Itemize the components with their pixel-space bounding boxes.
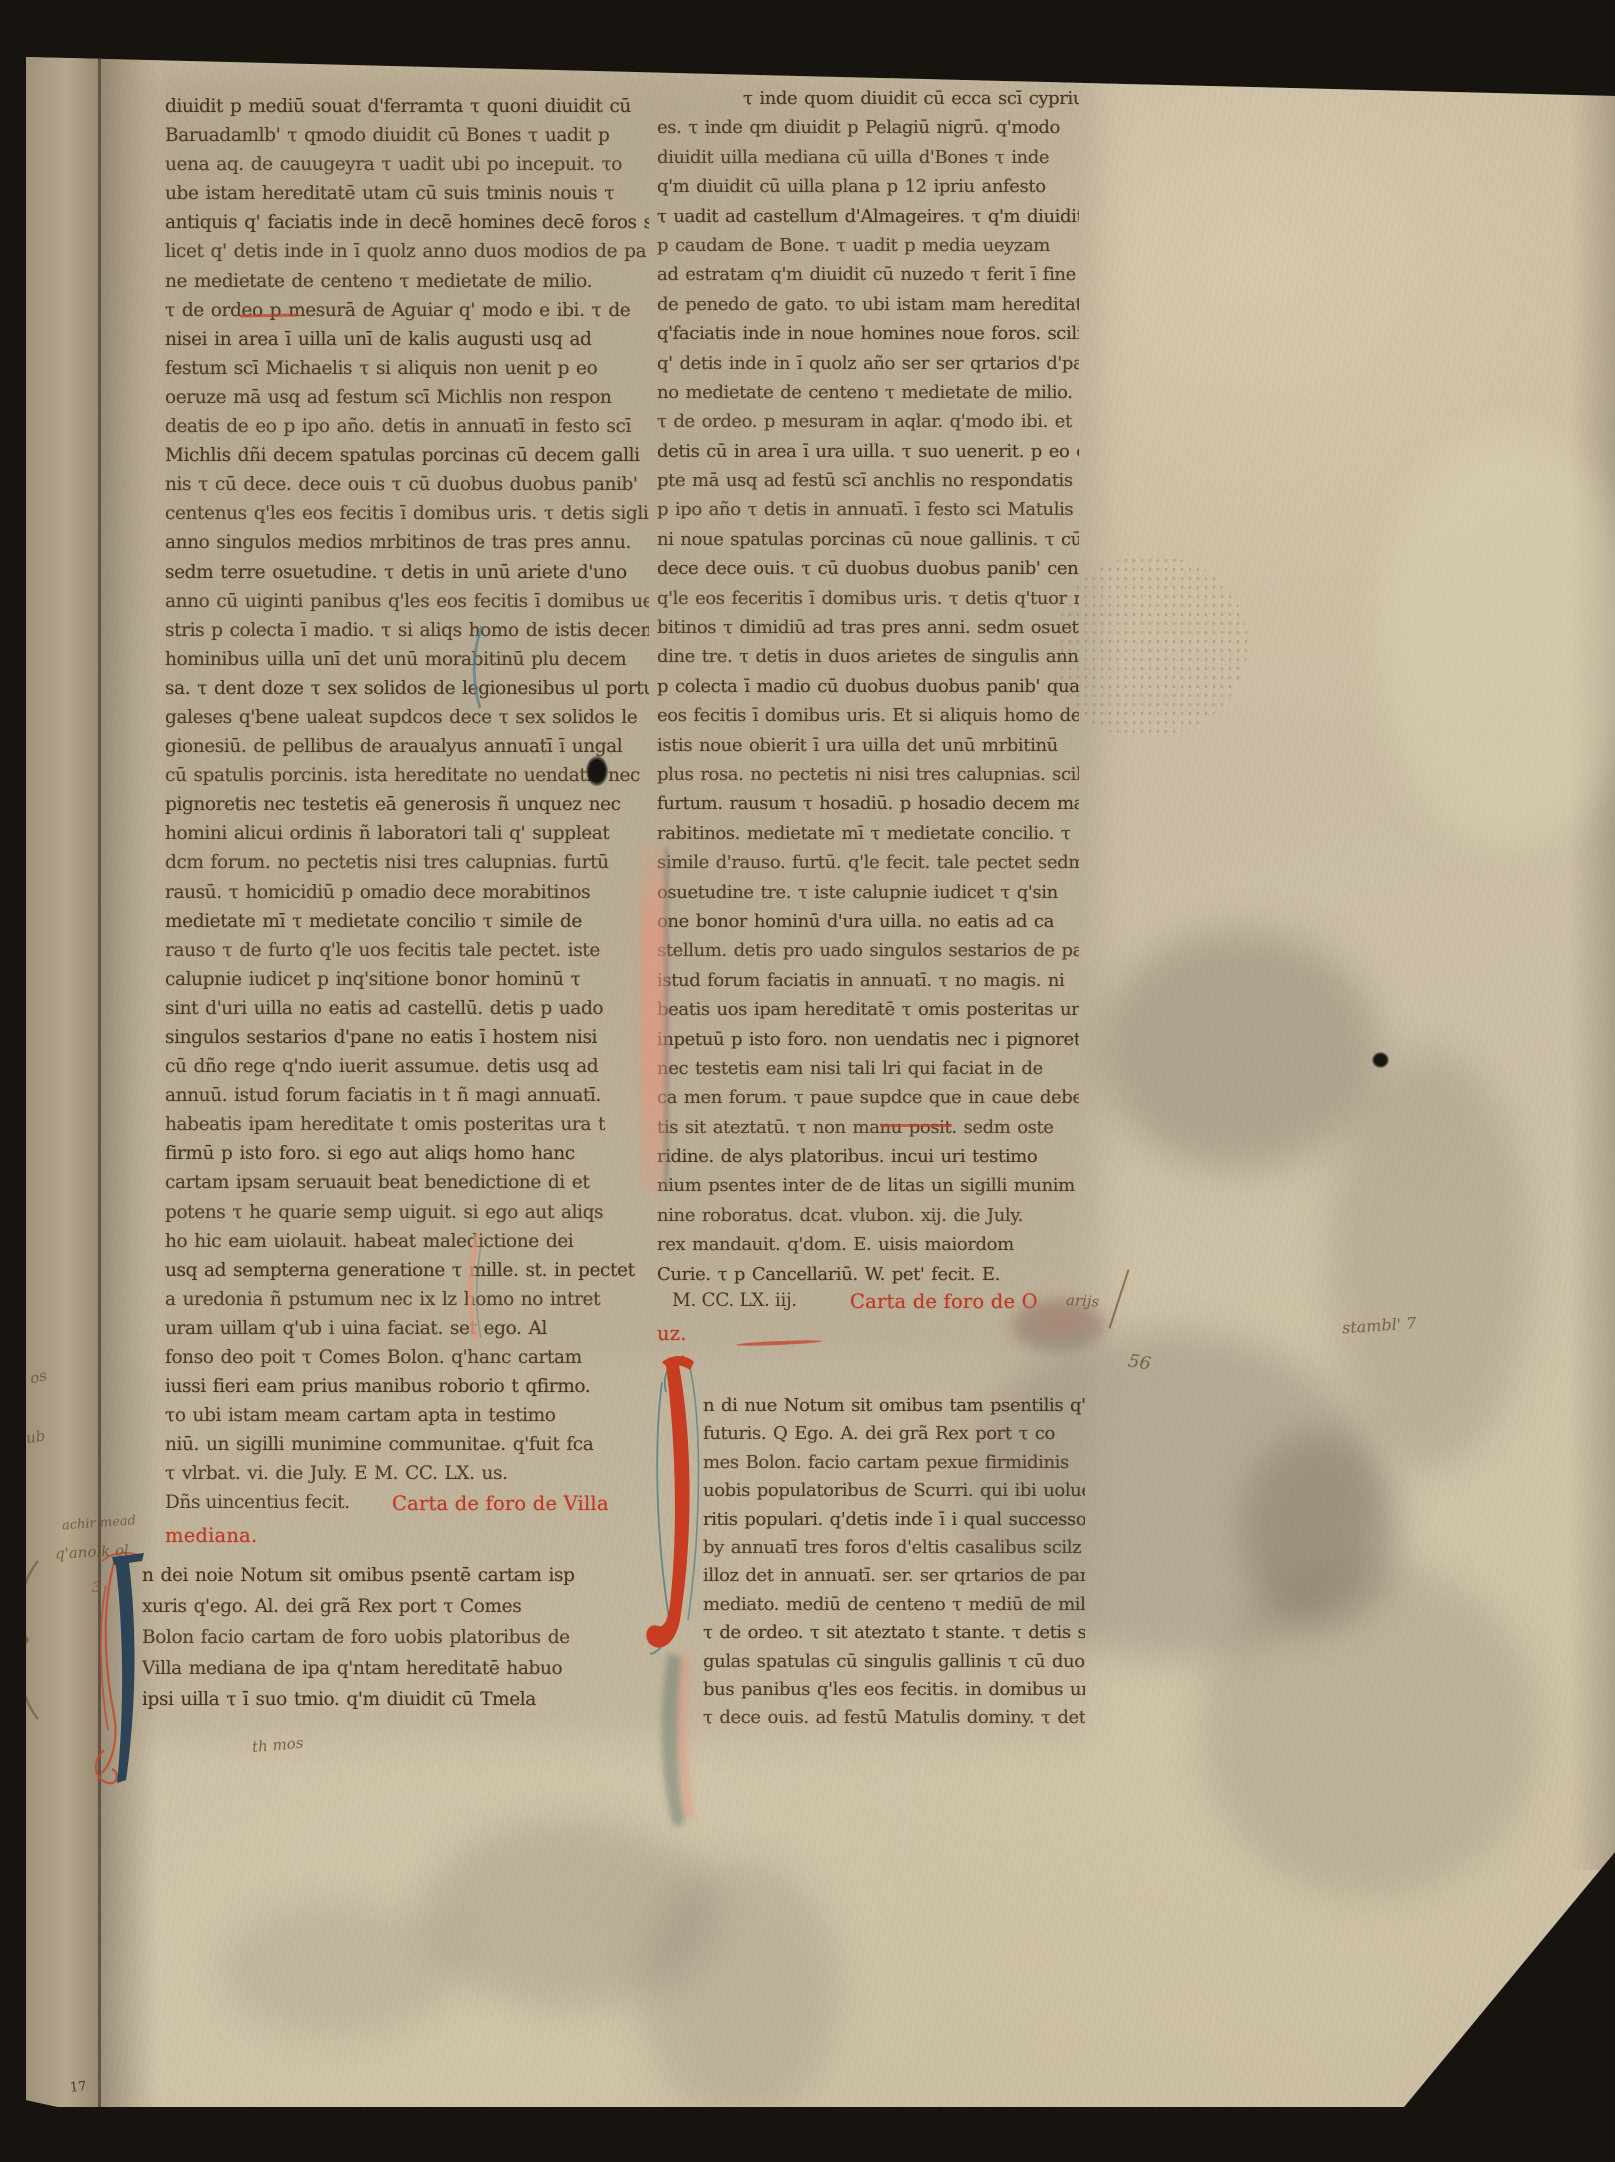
salmon-flourish	[456, 1228, 490, 1348]
text-line: istis noue obierit ī ura uilla det unū m…	[657, 731, 1079, 760]
text-line: n dei noie Notum sit omibus psentē carta…	[142, 1560, 647, 1591]
text-line: hominibus uilla unī det unū morabitinū p…	[165, 645, 649, 674]
stain	[1240, 1430, 1400, 1630]
text-line: festum scī Michaelis τ si aliquis non ue…	[165, 354, 649, 383]
text-line: osuetudine tre. τ iste calupnie iudicet …	[657, 878, 1079, 907]
text-line: anno singulos medios mrbitinos de tras p…	[165, 528, 649, 557]
text-line: gionesiū. de pellibus de araualyus annua…	[165, 732, 649, 761]
right-rubric-line2: uz.	[657, 1322, 687, 1345]
text-line: one bonor hominū d'ura uilla. no eatis a…	[657, 907, 1079, 936]
text-line: ne medietate de centeno τ medietate de m…	[165, 267, 649, 296]
text-line: anno cū uiginti panibus q'les eos feciti…	[165, 587, 649, 616]
right-date-line: M. CC. LX. iij.	[672, 1290, 797, 1311]
right-column-text: τ inde quom diuidit cū ecca scī cypriu d…	[657, 84, 1079, 1289]
text-line: furtum. rausum τ hosadiū. p hosadio dece…	[657, 789, 1079, 818]
stain	[220, 1900, 460, 2040]
text-line: q'faciatis inde in noue homines noue for…	[657, 319, 1079, 348]
red-squiggle	[736, 1340, 822, 1347]
text-line: singulos sestarios d'pane no eatis ī hos…	[165, 1023, 649, 1052]
parchment-pores	[1058, 556, 1248, 736]
text-line: medietate mī τ medietate concilio τ simi…	[165, 907, 649, 936]
text-line: diuidit uilla mediana cū uilla d'Bones τ…	[657, 143, 1079, 172]
text-line: tis sit ateztatū. τ non manu posit. sedm…	[657, 1113, 1079, 1142]
left-colophon: Dñs uincentius fecit.	[165, 1492, 350, 1513]
text-line: uena aq. de cauugeyra τ uadit ubi po inc…	[165, 150, 649, 179]
text-line: τ de ordeo. τ sit ateztato t stante. τ d…	[703, 1619, 1085, 1647]
left-column-charter-text: n dei noie Notum sit omibus psentē carta…	[142, 1560, 647, 1715]
text-line: a uredonia ñ pstumum nec ix lz homo no i…	[165, 1285, 649, 1314]
text-line: inpetuū p isto foro. non uendatis nec i …	[657, 1025, 1079, 1054]
text-line: dcm forum. no pectetis nisi tres calupni…	[165, 848, 649, 877]
right-column-charter-text: n di nue Notum sit omibus tam psentilis …	[703, 1392, 1085, 1733]
text-line: antiquis q' faciatis inde in decē homine…	[165, 208, 649, 237]
red-underline	[880, 1124, 952, 1127]
text-line: no medietate de centeno τ medietate de m…	[657, 378, 1079, 407]
text-line: ho hic eam uiolauit. habeat maledictione…	[165, 1227, 649, 1256]
text-line: galeses q'bene ualeat supdcos dece τ sex…	[165, 703, 649, 732]
text-line: ad estratam q'm diuidit cū nuzedo τ feri…	[657, 260, 1079, 289]
text-line: nis τ cū dece. dece ouis τ cū duobus duo…	[165, 470, 649, 499]
stain	[1330, 1050, 1530, 1470]
text-line: gulas spatulas cū singulis gallinis τ cū…	[703, 1648, 1085, 1676]
faded-initial-outline	[664, 848, 669, 1188]
text-line: xuris q'ego. Al. dei grã Rex port τ Come…	[142, 1591, 647, 1622]
left-rubric-line2: mediana.	[165, 1524, 257, 1547]
text-line: pte mā usq ad festū scī anchlis no respo…	[657, 466, 1079, 495]
text-line: deatis de eo p ipo año. detis in annuatī…	[165, 412, 649, 441]
text-line: dece dece ouis. τ cū duobus duobus panib…	[657, 554, 1079, 583]
text-line: rausū. τ homicidiū p omadio dece morabit…	[165, 878, 649, 907]
text-line: cū dño rege q'ndo iuerit assumue. detis …	[165, 1052, 649, 1081]
text-line: τ de ordeo. p mesuram in aqlar. q'modo i…	[657, 407, 1079, 436]
text-line: p colecta ī madio cū duobus duobus panib…	[657, 672, 1079, 701]
text-line: Curie. τ p Cancellariū. W. pet' fecit. E…	[657, 1260, 1079, 1289]
text-line: bus panibus q'les eos fecitis. in domibu…	[703, 1676, 1085, 1704]
right-margin-note: arijs	[1066, 1291, 1100, 1311]
text-line: p ipo año τ detis in annuatī. ī festo sc…	[657, 495, 1079, 524]
text-line: Baruadamlb' τ qmodo diuidit cū Bones τ u…	[165, 121, 649, 150]
text-line: dine tre. τ detis in duos arietes de sin…	[657, 642, 1079, 671]
text-line: q' detis inde in ī quolz año ser ser qrt…	[657, 349, 1079, 378]
text-line: ridine. de alys platoribus. incui uri te…	[657, 1142, 1079, 1171]
text-line: nisei in area ī uilla unī de kalis augus…	[165, 325, 649, 354]
right-margin-note: 56	[1127, 1351, 1153, 1375]
text-line: q'm diuidit cū uilla plana p 12 ipriu an…	[657, 172, 1079, 201]
text-line: Michlis dñi decem spatulas porcinas cū d…	[165, 441, 649, 470]
text-line: cū spatulis porcinis. ista hereditate no…	[165, 761, 649, 790]
text-line: uobis populatoribus de Scurri. qui ibi u…	[703, 1477, 1085, 1505]
left-rubric-line1: Carta de foro de Villa	[392, 1492, 609, 1515]
text-line: rabitinos. medietate mī τ medietate conc…	[657, 819, 1079, 848]
text-line: calupnie iudicet p inq'sitione bonor hom…	[165, 965, 649, 994]
text-line: uram uillam q'ub i uina faciat. set ego.…	[165, 1314, 649, 1343]
corner-mark: 17	[69, 2079, 87, 2096]
text-line: annuū. istud forum faciatis in t ñ magi …	[165, 1081, 649, 1110]
ink-spot	[1372, 1052, 1389, 1068]
text-line: nine roboratus. dcat. vlubon. xij. die J…	[657, 1201, 1079, 1230]
text-line: licet q' detis inde in ī quolz anno duos…	[165, 237, 649, 266]
left-column-text: diuidit p mediū souat d'ferramta τ quoni…	[165, 92, 649, 1489]
text-line: fonso deo poit τ Comes Bolon. q'hanc car…	[165, 1343, 649, 1372]
text-line: p caudam de Bone. τ uadit p media ueyzam	[657, 231, 1079, 260]
text-line: n di nue Notum sit omibus tam psentilis …	[703, 1392, 1085, 1420]
text-line: τ uadit ad castellum d'Almageires. τ q'm…	[657, 202, 1079, 231]
parchment-hole	[586, 756, 608, 786]
text-line: simile d'rauso. furtū. q'le fecit. tale …	[657, 848, 1079, 877]
text-line: eos fecitis ī domibus uris. Et si aliqui…	[657, 701, 1079, 730]
right-edge-shade	[1569, 80, 1615, 1870]
text-line: pignoretis nec testetis eā generosis ñ u…	[165, 790, 649, 819]
text-line: usq ad sempterna generatione τ mille. st…	[165, 1256, 649, 1285]
text-line: potens τ he quarie semp uiguit. si ego a…	[165, 1198, 649, 1227]
text-line: τ vlrbat. vi. die July. E M. CC. LX. us.	[165, 1459, 649, 1488]
text-line: nec testetis eam nisi tali lri qui facia…	[657, 1054, 1079, 1083]
text-line: ni noue spatulas porcinas cū noue gallin…	[657, 525, 1079, 554]
text-line: τ de ordeo p mesurā de Aguiar q' modo e …	[165, 296, 649, 325]
text-line: firmū p isto foro. si ego aut aliqs homo…	[165, 1139, 649, 1168]
text-line: Bolon facio cartam de foro uobis platori…	[142, 1622, 647, 1653]
text-line: sint d'uri uilla no eatis ad castellū. d…	[165, 994, 649, 1023]
text-line: niū. un sigilli munimine communitae. q'f…	[165, 1430, 649, 1459]
text-line: τ inde quom diuidit cū ecca scī cypriu d…	[657, 84, 1079, 113]
text-line: bitinos τ dimidiū ad tras pres anni. sed…	[657, 613, 1079, 642]
text-line: τo ubi istam meam cartam apta in testimo	[165, 1401, 649, 1430]
text-line: mes Bolon. facio cartam pexue firmidinis	[703, 1449, 1085, 1477]
text-line: nium psentes inter de de litas un sigill…	[657, 1171, 1079, 1200]
text-line: diuidit p mediū souat d'ferramta τ quoni…	[165, 92, 649, 121]
text-line: plus rosa. no pectetis ni nisi tres calu…	[657, 760, 1079, 789]
folio-edge-note: ub	[25, 1427, 47, 1448]
text-line: sa. τ dent doze τ sex solidos de legione…	[165, 674, 649, 703]
text-line: sedm terre osuetudine. τ detis in unū ar…	[165, 558, 649, 587]
text-line: Villa mediana de ipa q'ntam hereditatē h…	[142, 1653, 647, 1684]
text-line: τ dece ouis. ad festū Matulis dominy. τ …	[703, 1704, 1085, 1732]
text-line: es. τ inde qm diuidit p Pelagiū nigrū. q…	[657, 113, 1079, 142]
manuscript-photo: { "page": { "folio_mark": "·x·", "corner…	[0, 0, 1615, 2162]
edge-brace-flourish	[4, 1555, 50, 1725]
text-line: oeruze mā usq ad festum scī Michlis non …	[165, 383, 649, 412]
text-line: by annuatī tres foros d'eltis casalibus …	[703, 1534, 1085, 1562]
text-line: futuris. Q Ego. A. dei grã Rex port τ co	[703, 1420, 1085, 1448]
text-line: beatis uos ipam hereditatē τ omis poster…	[657, 995, 1079, 1024]
text-line: stellum. detis pro uado singulos sestari…	[657, 936, 1079, 965]
text-line: habeatis ipam hereditate t omis posterit…	[165, 1110, 649, 1139]
parchment-page: ·x· diuidit p mediū souat d'ferramta τ q…	[0, 0, 1615, 2162]
teal-flourish	[462, 622, 492, 714]
left-margin-note: q'anolk ol	[55, 1541, 130, 1563]
text-line: de penedo de gato. τo ubi istam mam here…	[657, 290, 1079, 319]
right-margin-slash	[1108, 1269, 1129, 1329]
text-line: rex mandauit. q'dom. E. uisis maiordom	[657, 1230, 1079, 1259]
right-margin-note: stambl' 7	[1341, 1313, 1417, 1337]
text-line: istud forum faciatis in annuatī. τ no ma…	[657, 966, 1079, 995]
stain	[640, 1860, 840, 2120]
text-line: ca men forum. τ paue supdce que in caue …	[657, 1083, 1079, 1112]
text-line: iussi fieri eam prius manibus roborio t …	[165, 1372, 649, 1401]
below-column-note: th mos	[251, 1734, 304, 1756]
left-margin-note: 3	[92, 1580, 101, 1596]
text-line: stris p colecta ī madio. τ si aliqs homo…	[165, 616, 649, 645]
text-line: ube istam hereditatē utam cū suis tminis…	[165, 179, 649, 208]
text-line: homini alicui ordinis ñ laboratori tali …	[165, 819, 649, 848]
text-line: centenus q'les eos fecitis ī domibus uri…	[165, 499, 649, 528]
text-line: ipsi uilla τ ī suo tmio. q'm diuidit cū …	[142, 1684, 647, 1715]
text-line: detis cū in area ī ura uilla. τ suo uene…	[657, 437, 1079, 466]
text-line: mediato. mediū de centeno τ mediū de mil…	[703, 1591, 1085, 1619]
stain	[1100, 930, 1380, 1170]
text-line: ritis populari. q'detis inde ī i qual su…	[703, 1506, 1085, 1534]
text-line: cartam ipsam seruauit beat benedictione …	[165, 1168, 649, 1197]
stain	[1200, 1560, 1540, 1900]
folio-quire-mark: ·x·	[650, 34, 688, 65]
text-line: illoz det in annuatī. ser. ser qrtarios …	[703, 1562, 1085, 1590]
text-line: q'le eos feceritis ī domibus uris. τ det…	[657, 584, 1079, 613]
decorated-initial-I-red	[628, 1352, 723, 1852]
text-line: rauso τ de furto q'le uos fecitis tale p…	[165, 936, 649, 965]
